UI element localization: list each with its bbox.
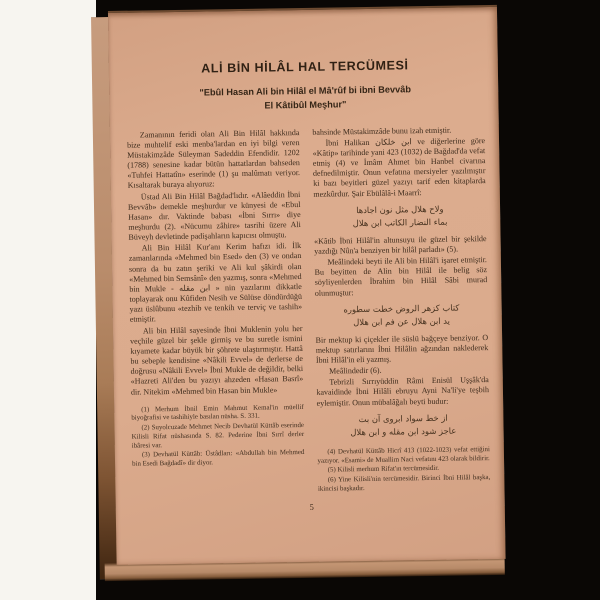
footnote: (4) Devhatül Küttâb Hicrî 413 (1022-1023… <box>317 446 490 466</box>
body-paragraph: İbni Halikan ابن خلكان ve diğerlerine gö… <box>312 136 485 200</box>
arabic-verse-line: از خط سواد ابروى آن بت <box>358 412 447 423</box>
footnote: (2) Suyolcuzade Mehmet Necib Devhatül Kü… <box>131 422 304 451</box>
arabic-verse: كتاب كزهر الروض خطت سطورهيد ابن هلال عن … <box>315 301 488 330</box>
arabic-verse-line: يد ابن هلال عن فم ابن هلال <box>353 315 450 327</box>
body-paragraph: Tebrizli Sırrıyüddin Râmi Enisül Uşşâk'd… <box>316 375 489 408</box>
right-column: bahsinde Müstakimzâde bunu izah etmiştir… <box>312 125 490 496</box>
page-number: 5 <box>133 499 491 515</box>
footnote: (3) Devhatül Küttâb: Üstâdları: «Abdulla… <box>132 449 305 469</box>
body-paragraph: «Kâtib İbni Hilâl'in altunsuyu ile güzel… <box>314 234 487 257</box>
body-paragraph: Bir mektup ki çiçekler ile süslü bağçeye… <box>316 333 489 366</box>
arabic-verse-line: بماء النضار الكاتب ابن هلال <box>353 216 448 227</box>
text-columns: Zamanının feridi olan Ali Bin Hilâl hakk… <box>127 125 491 499</box>
book-photo: ALİ BİN HİLÂL HAL TERCÜMESİ "Ebûl Hasan … <box>91 5 512 589</box>
page-content: ALİ BİN HİLÂL HAL TERCÜMESİ "Ebûl Hasan … <box>108 7 505 515</box>
page-subtitle: "Ebûl Hasan Ali bin Hilâl el Mâ'rûf bi i… <box>126 82 484 115</box>
arabic-verse-line: عاجز شود ابن مقله و ابن هلال <box>350 425 456 437</box>
page-title: ALİ BİN HİLÂL HAL TERCÜMESİ <box>126 57 484 77</box>
subtitle-line-1: "Ebûl Hasan Ali bin Hilâl el Mâ'rûf bi i… <box>199 84 411 97</box>
footnote: (6) Yine Kilisli'nin tercümesidir. Birin… <box>318 474 491 494</box>
body-paragraph: Ali Bin Hilâl Kur'anı Kerim hafızı idi. … <box>129 241 303 325</box>
left-footnotes: (1) Merhum İbnil Emin Mahmut Kemal'in mü… <box>131 404 304 470</box>
book-page: ALİ BİN HİLÂL HAL TERCÜMESİ "Ebûl Hasan … <box>108 5 506 565</box>
body-paragraph: Meâlindeki beyti ile Ali bin Hilâl'i işa… <box>314 255 487 298</box>
left-column: Zamanının feridi olan Ali Bin Hilâl hakk… <box>127 128 305 499</box>
footnote: (1) Merhum İbnil Emin Mahmut Kemal'in mü… <box>131 404 304 424</box>
body-paragraph: Ali bin Hilâl sayesinde İbni Muklenin yo… <box>130 324 304 398</box>
arabic-verse: از خط سواد ابروى آن بتعاجز شود ابن مقله … <box>317 411 490 440</box>
arabic-verse: ولاح هلال مثل نون اجادهابماء النضار الكا… <box>314 202 487 231</box>
arabic-verse-line: ولاح هلال مثل نون اجادها <box>356 203 443 214</box>
subtitle-line-2: El Kâtibûl Meşhur" <box>264 99 346 110</box>
right-footnotes: (4) Devhatül Küttâb Hicrî 413 (1022-1023… <box>317 446 490 495</box>
arabic-verse-line: كتاب كزهر الروض خطت سطوره <box>343 302 459 314</box>
body-paragraph: Üstad Ali Bin Hilâl Bağdad'lıdır. «Alâed… <box>128 190 301 243</box>
body-paragraph: Zamanının feridi olan Ali Bin Hilâl hakk… <box>127 128 300 192</box>
